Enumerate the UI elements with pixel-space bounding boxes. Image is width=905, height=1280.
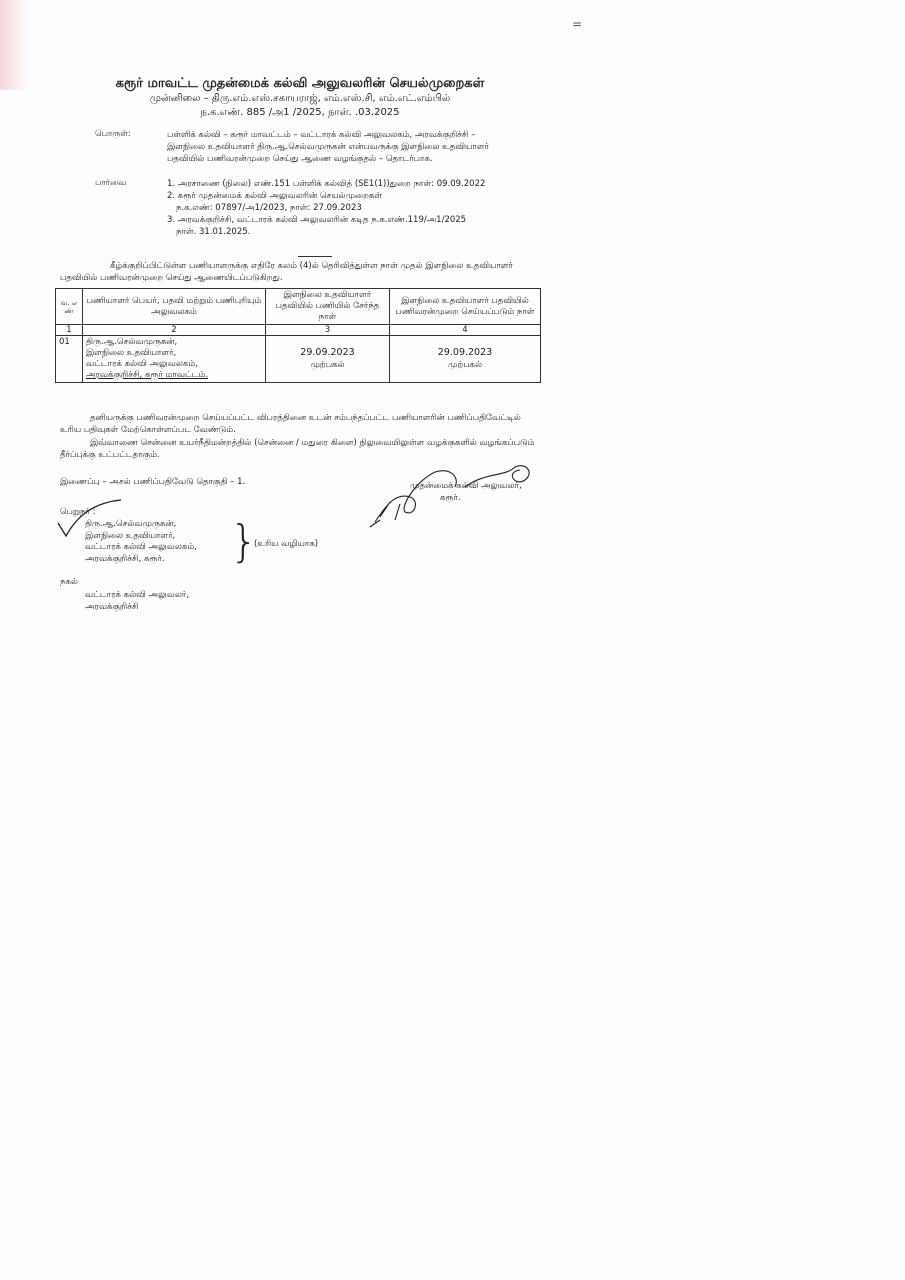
signatory-block: முதன்மைக் கல்வி அலுவலர், கரூர். <box>410 480 522 504</box>
paragraph-court-clause: இவ்வாணை சென்னை உயர்நீதிமன்றத்தில் (சென்ன… <box>60 437 535 461</box>
employee-line: திரு.ஆ.செல்வமுருகன், <box>86 337 262 348</box>
address-line: வட்டாரக் கல்வி அலுவலகம், <box>85 542 197 554</box>
corner-mark: = <box>572 17 582 31</box>
reference-line: ந.க.எண்: 07897/அ1/2023, நாள்: 27.09.2023 <box>167 202 527 214</box>
address-line: அரவக்குறிச்சி, கரூர். <box>85 554 197 566</box>
column-number: 2 <box>83 325 266 336</box>
employee-line: வட்டாரக் கல்வி அலுவலகம், <box>86 359 262 370</box>
reference-number: ந.க.எண். 885 /அ1 /2025, நாள். .03.2025 <box>0 107 600 119</box>
signatory-place: கரூர். <box>410 492 522 504</box>
table-row: 01 திரு.ஆ.செல்வமுருகன், இளநிலை உதவியாளர்… <box>56 336 541 383</box>
reference-item: 2. கரூர் முதன்மைக் கல்வி அலுவலரின் செயல்… <box>167 190 527 214</box>
reference-item: 1. அரசாணை (நிலை) எண்.151 பள்ளிக் கல்வித்… <box>167 178 527 190</box>
column-number: 1 <box>56 325 83 336</box>
subject-line: இளநிலை உதவியாளர் திரு.ஆ.செல்வமுருகன் என்… <box>167 141 527 153</box>
reference-item: 3. அரவக்குறிச்சி, வட்டாரக் கல்வி அலுவலரி… <box>167 214 527 238</box>
employee-line: அரவக்குறிச்சி, கரூர் மாவட்டம். <box>86 370 262 381</box>
regularised-session: முற்பகல் <box>448 360 482 370</box>
address-line: வட்டாரக் கல்வி அலுவலர், <box>85 590 189 602</box>
column-number: 3 <box>266 325 390 336</box>
order-intro: கீழ்க்குறிப்பிட்டுள்ள பணியாளருக்கு எதிரே… <box>60 260 535 284</box>
reference-line: 1. அரசாணை (நிலை) எண்.151 பள்ளிக் கல்வித்… <box>167 178 527 190</box>
column-number: 4 <box>390 325 541 336</box>
joined-date: 29.09.2023 <box>269 346 386 359</box>
presence-line: முன்னிலை – திரு.எம்.எஸ்.சகாயராஜ், எம்.எஸ… <box>0 93 600 105</box>
header-employee: பணியாளர் பெயர், பதவி மற்றும் பணிபுரியும்… <box>83 289 266 325</box>
references-label: பார்வை <box>95 178 126 189</box>
employee-cell: திரு.ஆ.செல்வமுருகன், இளநிலை உதவியாளர், வ… <box>83 336 266 383</box>
paragraph-service-register: தனியருக்கு பணிவரன்முறை செய்யப்பட்ட விபரத… <box>60 412 535 436</box>
regularised-date: 29.09.2023 <box>393 346 537 359</box>
header-joined-date: இளநிலை உதவியாளர் பதவியில் பணியில் சேர்ந்… <box>266 289 390 325</box>
header-serial: வ. எ ண் <box>56 289 83 325</box>
column-number-row: 1 2 3 4 <box>56 325 541 336</box>
subject-label: பொருள்: <box>95 129 131 140</box>
references-list: 1. அரசாணை (நிலை) எண்.151 பள்ளிக் கல்வித்… <box>167 178 527 238</box>
reference-line: 2. கரூர் முதன்மைக் கல்வி அலுவலரின் செயல்… <box>167 190 527 202</box>
signatory-designation: முதன்மைக் கல்வி அலுவலர், <box>410 480 522 492</box>
reference-line: நாள். 31.01.2025. <box>167 226 527 238</box>
address-line: திரு.ஆ.செல்வமுருகன், <box>85 519 197 531</box>
joined-session: முற்பகல் <box>310 360 344 370</box>
joined-date-cell: 29.09.2023 முற்பகல் <box>266 336 390 383</box>
reference-line: 3. அரவக்குறிச்சி, வட்டாரக் கல்வி அலுவலரி… <box>167 214 527 226</box>
header-regularised-date: இளநிலை உதவியாளர் பதவியில் பணிவரன்முறை செ… <box>390 289 541 325</box>
subject-text: பள்ளிக் கல்வி – கரூர் மாவட்டம் – வட்டாரக… <box>167 129 527 165</box>
address-line: அரவக்குறிச்சி <box>85 602 189 614</box>
employee-line: இளநிலை உதவியாளர், <box>86 348 262 359</box>
subject-line: பதவியில் பணிவரன்முறை செய்து ஆணை வழங்குதல… <box>167 153 527 165</box>
copy-label: நகல் <box>60 576 78 588</box>
copy-address: வட்டாரக் கல்வி அலுவலர், அரவக்குறிச்சி <box>85 590 189 613</box>
divider-rule <box>298 256 332 257</box>
regularised-date-cell: 29.09.2023 முற்பகல் <box>390 336 541 383</box>
serial-cell: 01 <box>56 336 83 383</box>
recipient-address: திரு.ஆ.செல்வமுருகன், இளநிலை உதவியாளர், வ… <box>85 519 197 565</box>
regularisation-table: வ. எ ண் பணியாளர் பெயர், பதவி மற்றும் பணி… <box>55 288 541 383</box>
office-title: கரூர் மாவட்ட முதன்மைக் கல்வி அலுவலரின் ச… <box>0 76 600 92</box>
subject-line: பள்ளிக் கல்வி – கரூர் மாவட்டம் – வட்டாரக… <box>167 129 527 141</box>
address-line: இளநிலை உதவியாளர், <box>85 531 197 543</box>
table-header-row: வ. எ ண் பணியாளர் பெயர், பதவி மற்றும் பணி… <box>56 289 541 325</box>
through-proper-channel: (உரிய வழியாக) <box>254 539 318 550</box>
recipient-label: பெறுநர் : <box>60 506 96 518</box>
